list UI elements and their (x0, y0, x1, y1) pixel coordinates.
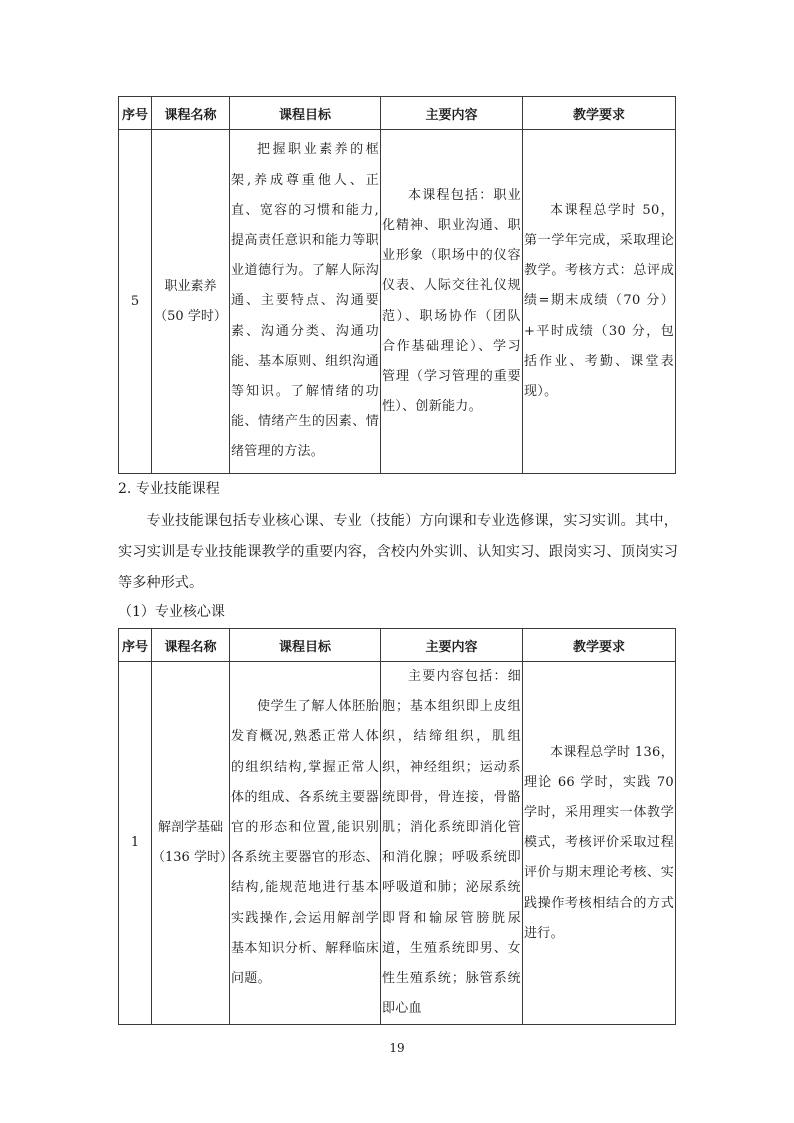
row-content-cell: 本课程包括：职业化精神、职业沟通、职业形象（职场中的仪容仪表、人际交往礼仪规范）… (381, 130, 523, 474)
table-row: 1 解剖学基础 （136 学时） 使学生了解人体胚胎发育概况,熟悉正常人体的组织… (119, 662, 676, 1025)
row-requirement-cell: 本课程总学时 136，理论 66 学时，实践 70 学时，采用理实一体教学模式，… (523, 662, 676, 1025)
course-requirement: 本课程总学时 136，理论 66 学时，实践 70 学时，采用理实一体教学模式，… (523, 738, 675, 949)
header-course-goal: 课程目标 (230, 97, 381, 130)
header-course-goal: 课程目标 (230, 629, 381, 662)
course-requirement: 本课程总学时 50，第一学年完成，采取理论教学。考核方式：总评成绩=期末成绩（7… (523, 196, 675, 407)
course-content: 主要内容包括：细胞；基本组织即上皮组织，结缔组织，肌组织，神经组织；运动系统即骨… (381, 662, 522, 1024)
course-content: 本课程包括：职业化精神、职业沟通、职业形象（职场中的仪容仪表、人际交往礼仪规范）… (381, 181, 522, 423)
course-goal: 把握职业素养的框架,养成尊重他人、正直、宽容的习惯和能力,提高责任意识和能力等职… (230, 135, 380, 467)
header-index: 序号 (119, 97, 152, 130)
header-course-name: 课程名称 (152, 97, 230, 130)
row-goal-cell: 把握职业素养的框架,养成尊重他人、正直、宽容的习惯和能力,提高责任意识和能力等职… (230, 130, 381, 474)
header-course-name: 课程名称 (152, 629, 230, 662)
section-heading: 2. 专业技能课程 (118, 477, 220, 501)
table-row: 5 职业素养 （50 学时） 把握职业素养的框架,养成尊重他人、正直、宽容的习惯… (119, 130, 676, 474)
row-index: 1 (119, 662, 152, 1025)
header-index: 序号 (119, 629, 152, 662)
header-main-content: 主要内容 (381, 629, 523, 662)
row-goal-cell: 使学生了解人体胚胎发育概况,熟悉正常人体的组织结构,掌握正常人体的组成、各系统主… (230, 662, 381, 1025)
course-table-core: 序号 课程名称 课程目标 主要内容 教学要求 1 解剖学基础 （136 学时） … (118, 628, 676, 1025)
section-paragraph: 专业技能课包括专业核心课、专业（技能）方向课和专业选修课，实习实训。其中，实习实… (118, 506, 678, 599)
table-header-row: 序号 课程名称 课程目标 主要内容 教学要求 (119, 629, 676, 662)
header-teaching-requirement: 教学要求 (523, 629, 676, 662)
row-course-name-cell: 职业素养 （50 学时） (152, 130, 230, 474)
page-number: 19 (0, 1041, 794, 1055)
header-main-content: 主要内容 (381, 97, 523, 130)
row-index: 5 (119, 130, 152, 474)
table-header-row: 序号 课程名称 课程目标 主要内容 教学要求 (119, 97, 676, 130)
row-content-cell: 主要内容包括：细胞；基本组织即上皮组织，结缔组织，肌组织，神经组织；运动系统即骨… (381, 662, 523, 1025)
row-requirement-cell: 本课程总学时 50，第一学年完成，采取理论教学。考核方式：总评成绩=期末成绩（7… (523, 130, 676, 474)
course-goal: 使学生了解人体胚胎发育概况,熟悉正常人体的组织结构,掌握正常人体的组成、各系统主… (230, 692, 380, 994)
header-teaching-requirement: 教学要求 (523, 97, 676, 130)
subsection-heading: （1）专业核心课 (118, 600, 225, 624)
course-name: 解剖学基础 (152, 813, 229, 843)
row-course-name-cell: 解剖学基础 （136 学时） (152, 662, 230, 1025)
course-hours: （50 学时） (152, 302, 229, 332)
course-table-general: 序号 课程名称 课程目标 主要内容 教学要求 5 职业素养 （50 学时） 把握… (118, 96, 676, 474)
course-name: 职业素养 (152, 272, 229, 302)
course-hours: （136 学时） (152, 843, 229, 873)
